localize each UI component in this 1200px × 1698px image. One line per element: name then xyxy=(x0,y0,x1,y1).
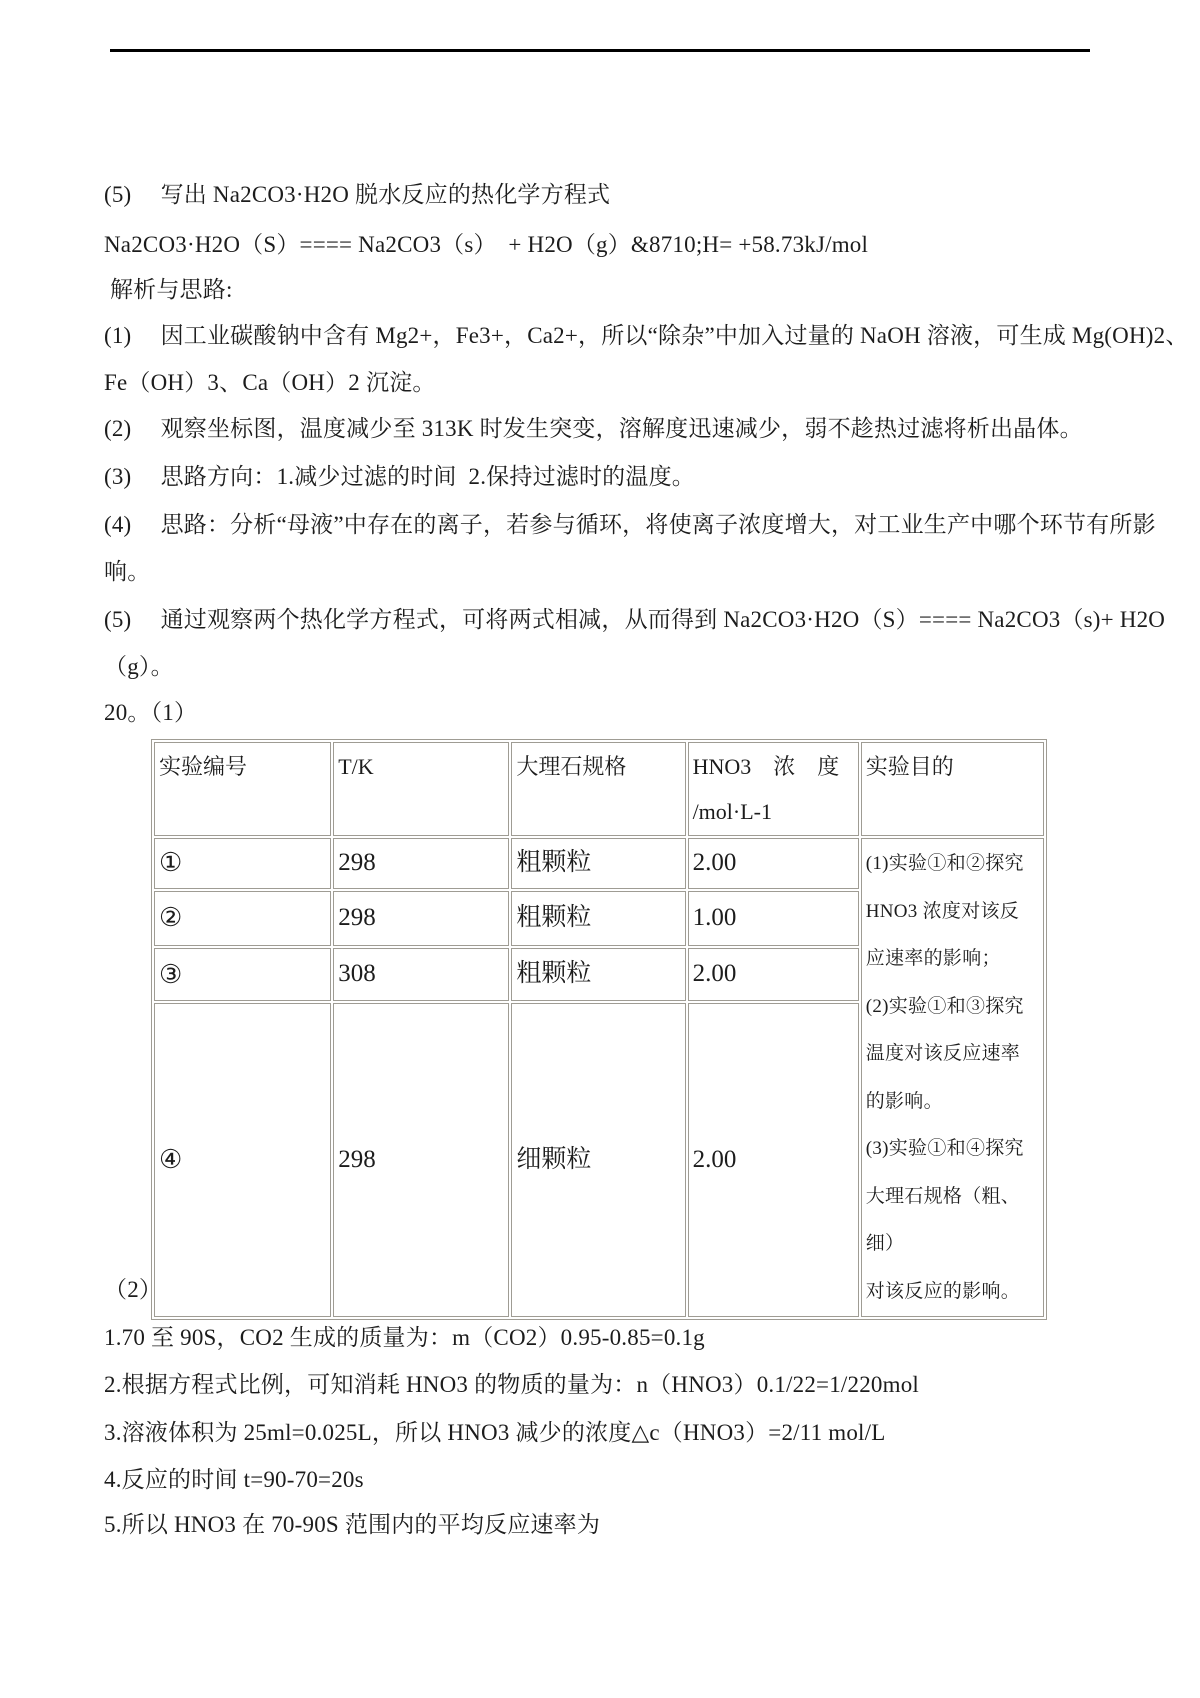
cell-row3-temp: 308 xyxy=(333,948,509,1001)
text-line-item2: (2) 观察坐标图，温度减少至 313K 时发生突变，溶解度迅速减少，弱不趁热过… xyxy=(104,411,1104,447)
text-line-item1: (1) 因工业碳酸钠中含有 Mg2+，Fe3+，Ca2+，所以“除杂”中加入过量… xyxy=(104,318,1104,354)
cell-row3-id: ③ xyxy=(154,948,331,1001)
cell-row4-spec: 细颗粒 xyxy=(511,1003,685,1317)
cell-purpose-merged: (1)实验①和②探究 HNO3 浓度对该反 应速率的影响； (2)实验①和③探究… xyxy=(861,838,1044,1317)
cell-row2-id: ② xyxy=(154,891,331,946)
cell-row1-id: ① xyxy=(154,838,331,889)
cell-row4-id: ④ xyxy=(154,1003,331,1317)
text-line-step2: 2.根据方程式比例，可知消耗 HNO3 的物质的量为：n（HNO3）0.1/22… xyxy=(104,1367,1104,1403)
cell-row3-conc: 2.00 xyxy=(688,948,859,1001)
table-row-1: ① 298 粗颗粒 2.00 (1)实验①和②探究 HNO3 浓度对该反 应速率… xyxy=(154,838,1044,889)
cell-row4-conc: 2.00 xyxy=(688,1003,859,1317)
text-line-q20-part2: （2） xyxy=(104,1272,1104,1308)
header-cell-temp: T/K xyxy=(333,742,509,836)
cell-row4-temp: 298 xyxy=(333,1003,509,1317)
text-line-step3: 3.溶液体积为 25ml=0.025L，所以 HNO3 减少的浓度△c（HNO3… xyxy=(104,1415,1104,1451)
text-line-item4-cont: 响。 xyxy=(104,554,1104,590)
text-line-item1-cont: Fe（OH）3、Ca（OH）2 沉淀。 xyxy=(104,365,1104,401)
text-line-step4: 4.反应的时间 t=90-70=20s xyxy=(104,1462,1104,1498)
text-line-item4: (4) 思路：分析“母液”中存在的离子，若参与循环，将使离子浓度增大，对工业生产… xyxy=(104,507,1104,543)
table-header-row: 实验编号 T/K 大理石规格 HNO3 浓 度 /mol·L-1 实验目的 xyxy=(154,742,1044,836)
cell-row1-spec: 粗颗粒 xyxy=(511,838,685,889)
text-line-item5-cont: （g）。 xyxy=(104,649,1104,685)
text-line-q5-prompt: (5) 写出 Na2CO3·H2O 脱水反应的热化学方程式 xyxy=(104,177,1104,213)
text-line-item3: (3) 思路方向：1.减少过滤的时间 2.保持过滤时的温度。 xyxy=(104,459,1104,495)
header-cell-exp-id: 实验编号 xyxy=(154,742,331,836)
text-line-q20-part1: 20。（1） xyxy=(104,695,1104,731)
header-cell-purpose: 实验目的 xyxy=(861,742,1044,836)
cell-row2-spec: 粗颗粒 xyxy=(511,891,685,946)
text-line-equation: Na2CO3·H2O（S）==== Na2CO3（s） + H2O（g）&871… xyxy=(104,227,1104,263)
header-rule xyxy=(110,49,1090,52)
text-line-step5: 5.所以 HNO3 在 70-90S 范围内的平均反应速率为 xyxy=(104,1507,1104,1543)
header-cell-conc: HNO3 浓 度 /mol·L-1 xyxy=(688,742,859,836)
experiment-table: 实验编号 T/K 大理石规格 HNO3 浓 度 /mol·L-1 实验目的 ① … xyxy=(151,739,1047,1320)
cell-row1-conc: 2.00 xyxy=(688,838,859,889)
cell-row3-spec: 粗颗粒 xyxy=(511,948,685,1001)
document-page: (5) 写出 Na2CO3·H2O 脱水反应的热化学方程式 Na2CO3·H2O… xyxy=(0,0,1200,1698)
text-line-item5: (5) 通过观察两个热化学方程式，可将两式相减，从而得到 Na2CO3·H2O（… xyxy=(104,602,1104,638)
cell-row1-temp: 298 xyxy=(333,838,509,889)
text-line-step1: 1.70 至 90S，CO2 生成的质量为：m（CO2）0.95-0.85=0.… xyxy=(104,1320,1104,1356)
cell-row2-temp: 298 xyxy=(333,891,509,946)
text-line-analysis-title: 解析与思路: xyxy=(104,272,1104,308)
header-cell-spec: 大理石规格 xyxy=(511,742,685,836)
cell-row2-conc: 1.00 xyxy=(688,891,859,946)
